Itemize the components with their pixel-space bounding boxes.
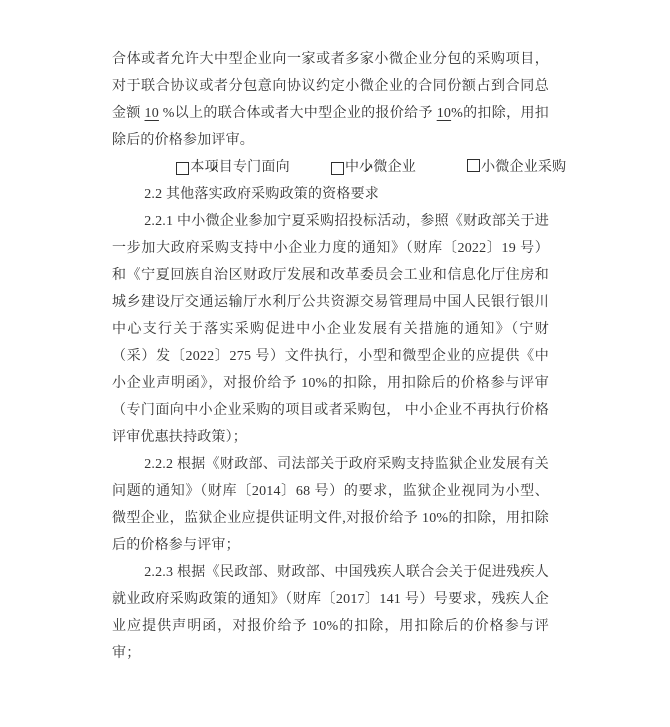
checkbox-label: 小微企业采购 <box>481 160 566 175</box>
checkbox-checked-icon[interactable]: ✓ <box>176 162 189 175</box>
para-2-2-3: 2.2.3 根据《民政部、财政部、中国残疾人联合会关于促进残疾人就业政府采购政策… <box>112 559 549 667</box>
para-subcontract-continuation: 合体或者允许大中型企业向一家或者多家小微企业分包的采购项目，对于联合协议或者分包… <box>112 46 549 154</box>
para-2-2-1-segment: 2.2.1 中小微企业参加宁夏采购招投标活动，参照《财政部关于进一步加大政府采购… <box>112 214 549 445</box>
document-page: 合体或者允许大中型企业向一家或者多家小微企业分包的采购项目，对于联合协议或者分包… <box>0 0 670 727</box>
para-checkbox-line: ✓本项目专门面向✓中小微企业小微企业采购 <box>112 154 549 181</box>
para-subcontract-continuation-segment: 10 <box>145 106 159 121</box>
checkbox-empty-icon[interactable] <box>467 159 480 172</box>
para-2-2-2: 2.2.2 根据《财政部、司法部关于政府采购支持监狱企业发展有关问题的通知》（财… <box>112 451 549 559</box>
para-subcontract-continuation-segment: 10 <box>437 106 451 121</box>
checkbox-checked-icon[interactable]: ✓ <box>331 162 344 175</box>
para-subcontract-continuation-segment: %以上的联合体或者大中型企业的报价给予 <box>159 106 437 121</box>
checkbox-option-2[interactable]: 小微企业采购 <box>435 154 566 181</box>
para-2-2-1: 2.2.1 中小微企业参加宁夏采购招投标活动，参照《财政部关于进一步加大政府采购… <box>112 208 549 451</box>
checkbox-option-0[interactable]: ✓本项目专门面向 <box>144 154 290 181</box>
checkbox-label: 本项目专门面向 <box>190 160 289 175</box>
para-heading-2-2: 2.2 其他落实政府采购政策的资格要求 <box>112 181 549 208</box>
para-heading-2-2-segment: 2.2 其他落实政府采购政策的资格要求 <box>144 187 379 202</box>
para-2-2-3-segment: 2.2.3 根据《民政部、财政部、中国残疾人联合会关于促进残疾人就业政府采购政策… <box>112 565 549 661</box>
para-2-2-2-segment: 2.2.2 根据《财政部、司法部关于政府采购支持监狱企业发展有关问题的通知》（财… <box>112 457 549 553</box>
checkbox-option-1[interactable]: ✓中小微企业 <box>299 154 416 181</box>
text-column: 合体或者允许大中型企业向一家或者多家小微企业分包的采购项目，对于联合协议或者分包… <box>112 46 549 667</box>
checkbox-label: 中小微企业 <box>345 160 416 175</box>
